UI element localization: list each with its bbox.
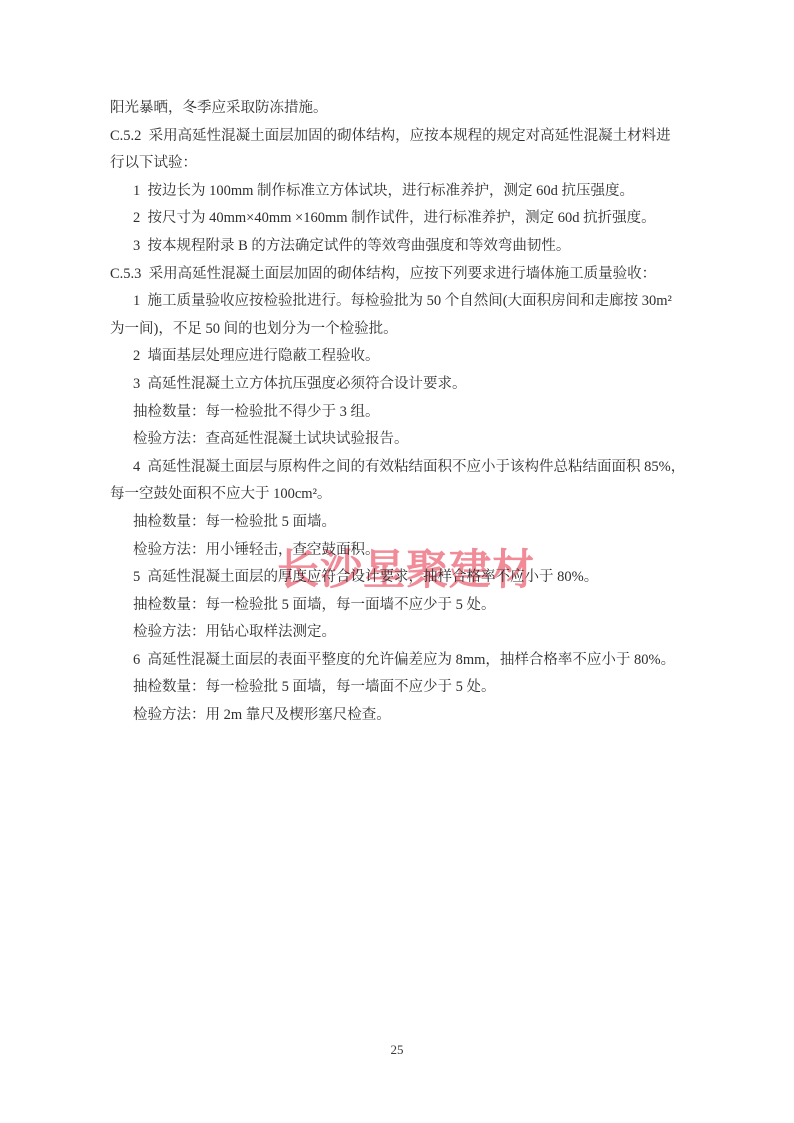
inspection-method-line: 检验方法：用 2m 靠尺及楔形塞尺检查。 [110,702,676,730]
clause-c52-line: C.5.2 采用高延性混凝土面层加固的砌体结构，应按本规程的规定对高延性混凝土材… [110,123,676,151]
inspection-quantity-line: 抽检数量：每一检验批 5 面墙。 [110,509,676,537]
list-item: 1 按边长为 100mm 制作标准立方体试块，进行标准养护，测定 60d 抗压强… [110,178,676,206]
inspection-quantity-line: 抽检数量：每一检验批 5 面墙，每一面墙不应少于 5 处。 [110,592,676,620]
inspection-method-line: 检验方法：查高延性混凝土试块试验报告。 [110,426,676,454]
list-item: 3 高延性混凝土立方体抗压强度必须符合设计要求。 [110,371,676,399]
list-item: 2 按尺寸为 40mm×40mm ×160mm 制作试件，进行标准养护，测定 6… [110,205,676,233]
inspection-quantity-line: 抽检数量：每一检验批不得少于 3 组。 [110,399,676,427]
list-item: 1 施工质量验收应按检验批进行。每检验批为 50 个自然间(大面积房间和走廊按 … [110,288,676,316]
inspection-quantity-line: 抽检数量：每一检验批 5 面墙，每一墙面不应少于 5 处。 [110,674,676,702]
text-line: 阳光暴晒，冬季应采取防冻措施。 [110,95,676,123]
inspection-method-line: 检验方法：用小锤轻击，查空鼓面积。 [110,537,676,565]
clause-c53-line: C.5.3 采用高延性混凝土面层加固的砌体结构，应按下列要求进行墙体施工质量验收… [110,261,676,289]
text-line: 为一间)，不足 50 间的也划分为一个检验批。 [110,316,676,344]
list-item: 6 高延性混凝土面层的表面平整度的允许偏差应为 8mm，抽样合格率不应小于 80… [110,647,676,675]
document-page: 长沙星聚建材 阳光暴晒，冬季应采取防冻措施。 C.5.2 采用高延性混凝土面层加… [0,0,794,1123]
list-item: 2 墙面基层处理应进行隐蔽工程验收。 [110,343,676,371]
text-line: 行以下试验： [110,150,676,178]
list-item: 4 高延性混凝土面层与原构件之间的有效粘结面积不应小于该构件总粘结面面积 85%… [110,454,676,482]
inspection-method-line: 检验方法：用钻心取样法测定。 [110,619,676,647]
list-item: 5 高延性混凝土面层的厚度应符合设计要求，抽样合格率不应小于 80%。 [110,564,676,592]
list-item: 3 按本规程附录 B 的方法确定试件的等效弯曲强度和等效弯曲韧性。 [110,233,676,261]
page-number: 25 [0,1042,794,1058]
document-body: 阳光暴晒，冬季应采取防冻措施。 C.5.2 采用高延性混凝土面层加固的砌体结构，… [110,95,676,730]
text-line: 每一空鼓处面积不应大于 100cm²。 [110,481,676,509]
